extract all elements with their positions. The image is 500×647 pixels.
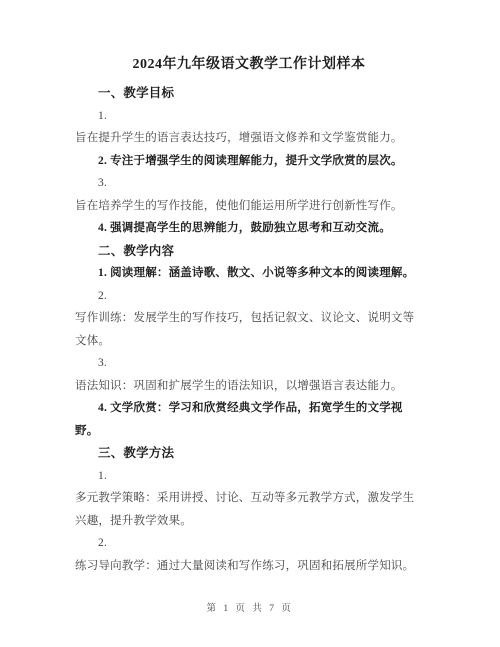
item-number: 1. xyxy=(75,465,423,488)
item-number: 1. xyxy=(75,105,423,128)
document-title: 2024年九年级语文教学工作计划样本 xyxy=(75,52,423,78)
item-number: 2. xyxy=(75,532,423,555)
list-item-bold: 4. 强调提高学生的思辨能力，鼓励独立思考和互动交流。 xyxy=(75,217,423,240)
paragraph-line: 语法知识：巩固和扩展学生的语法知识，以增强语言表达能力。 xyxy=(75,375,423,398)
document-content: 2024年九年级语文教学工作计划样本 一、教学目标 1. 旨在提升学生的语言表达… xyxy=(75,52,423,577)
item-number: 3. xyxy=(75,172,423,195)
paragraph-line: 旨在培养学生的写作技能，使他们能运用所学进行创新性写作。 xyxy=(75,195,423,218)
section-heading: 一、教学目标 xyxy=(75,82,423,105)
item-number: 3. xyxy=(75,352,423,375)
paragraph-line: 写作训练：发展学生的写作技巧，包括记叙文、议论文、说明文等文体。 xyxy=(75,307,423,352)
page-indicator: 第 1 页 共 7 页 xyxy=(0,600,500,614)
section-heading: 二、教学内容 xyxy=(75,240,423,263)
item-number: 2. xyxy=(75,285,423,308)
paragraph-line: 练习导向教学：通过大量阅读和写作练习，巩固和拓展所学知识。 xyxy=(75,555,423,578)
list-item-bold: 1. 阅读理解：涵盖诗歌、散文、小说等多种文本的阅读理解。 xyxy=(75,262,423,285)
list-item-bold: 2. 专注于增强学生的阅读理解能力，提升文学欣赏的层次。 xyxy=(75,150,423,173)
paragraph-line: 多元教学策略：采用讲授、讨论、互动等多元教学方式，激发学生兴趣，提升教学效果。 xyxy=(75,487,423,532)
document-page: 2024年九年级语文教学工作计划样本 一、教学目标 1. 旨在提升学生的语言表达… xyxy=(0,0,500,647)
paragraph-line: 旨在提升学生的语言表达技巧，增强语文修养和文学鉴赏能力。 xyxy=(75,127,423,150)
section-heading: 三、教学方法 xyxy=(75,442,423,465)
list-item-bold: 4. 文学欣赏：学习和欣赏经典文学作品，拓宽学生的文学视野。 xyxy=(75,397,423,442)
